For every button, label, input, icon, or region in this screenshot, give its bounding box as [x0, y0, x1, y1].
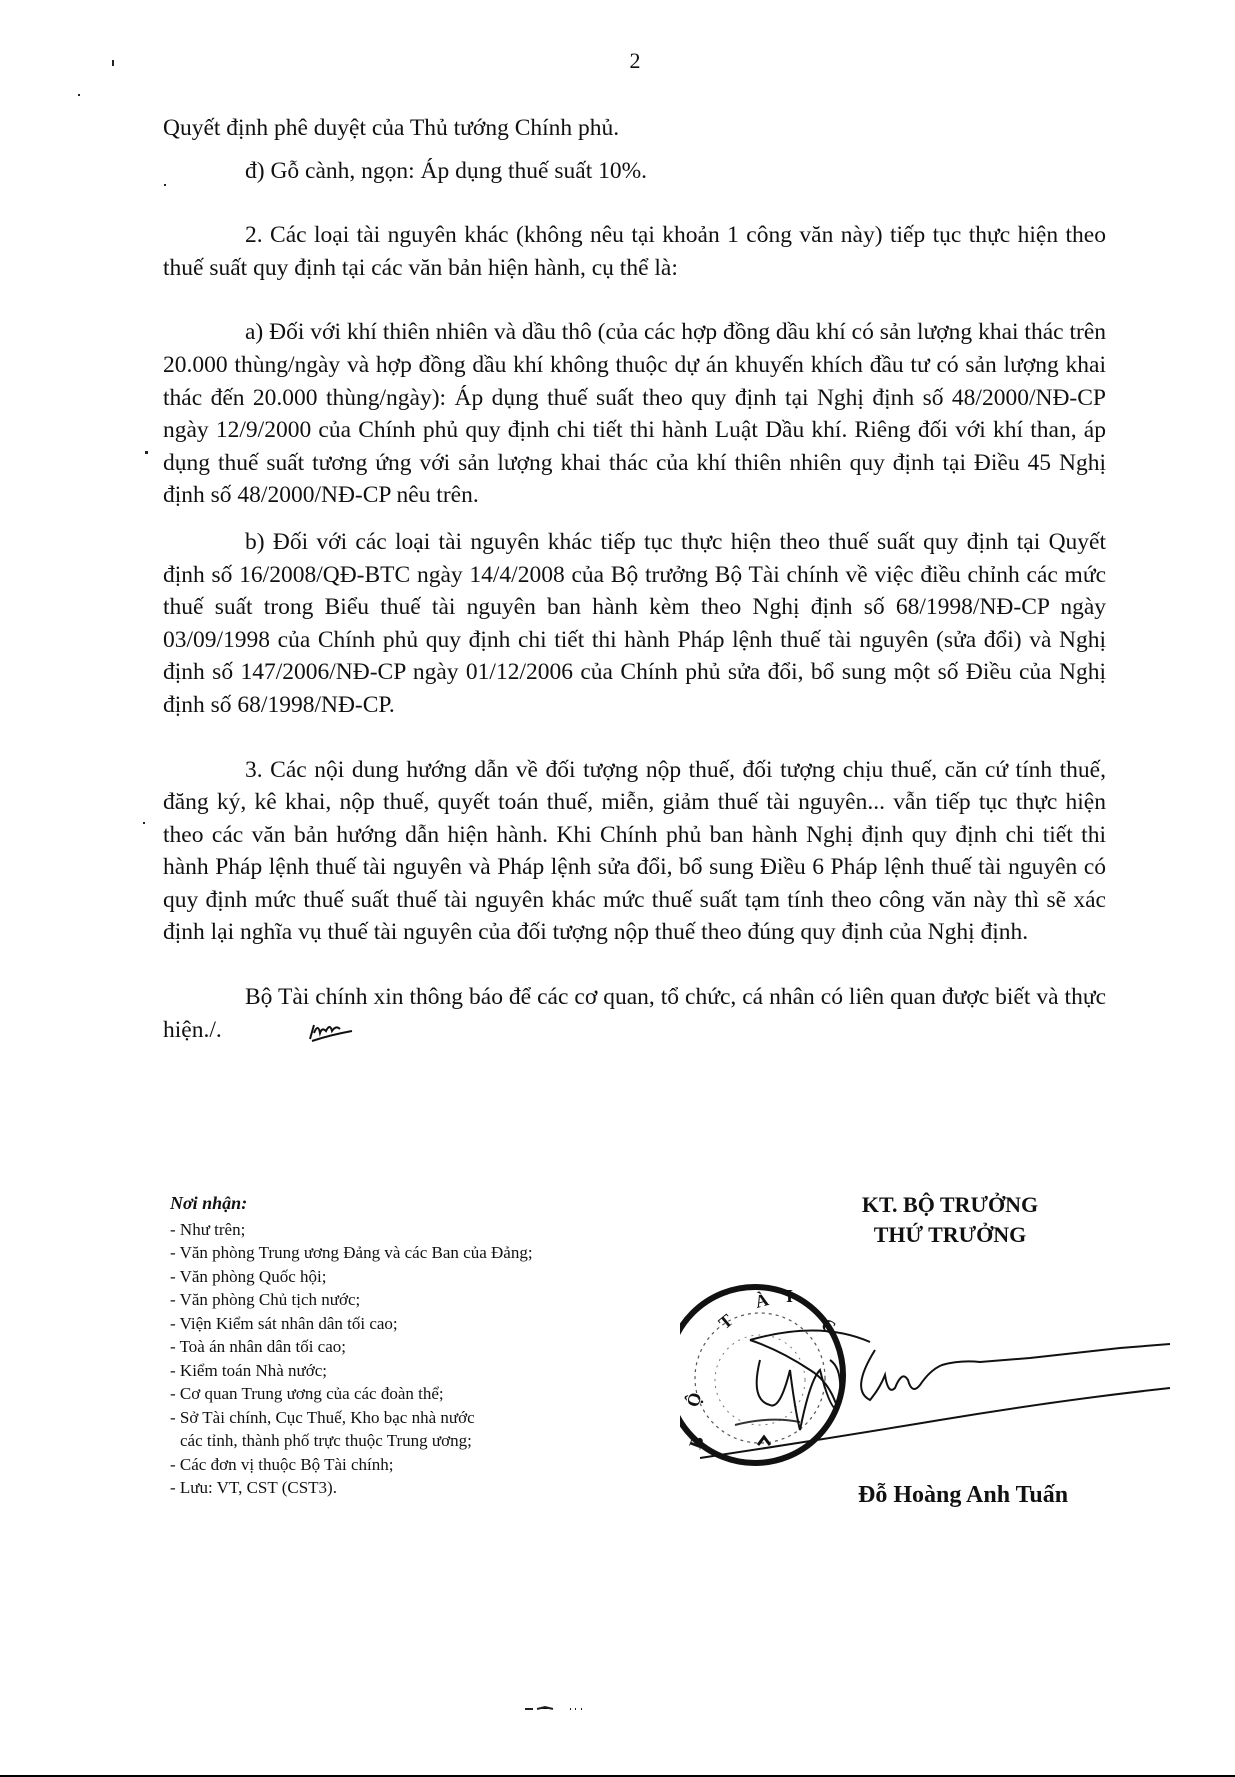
paragraph-section-3: 3. Các nội dung hướng dẫn về đối tượng n… — [163, 754, 1106, 950]
paragraph-item-d: đ) Gỗ cành, ngọn: Áp dụng thuế suất 10%. — [163, 155, 1106, 188]
recipient-item: - Văn phòng Chủ tịch nước; — [170, 1288, 533, 1312]
recipient-item: - Lưu: VT, CST (CST3). — [170, 1476, 533, 1500]
recipient-item: - Văn phòng Trung ương Đảng và các Ban c… — [170, 1241, 533, 1265]
recipient-item: - Viện Kiểm sát nhân dân tối cao; — [170, 1312, 533, 1336]
official-seal-icon: B Ộ T À I C — [680, 1270, 1180, 1485]
recipients-list: Nơi nhận: - Như trên; - Văn phòng Trung … — [170, 1192, 533, 1500]
scan-mark — [525, 1700, 605, 1718]
recipient-item: - Các đơn vị thuộc Bộ Tài chính; — [170, 1453, 533, 1477]
document-body: Quyết định phê duyệt của Thủ tướng Chính… — [163, 112, 1106, 1052]
svg-text:B: B — [685, 1433, 708, 1451]
svg-text:À: À — [753, 1288, 771, 1312]
signer-authority: KT. BỘ TRƯỞNG — [760, 1190, 1140, 1220]
paragraph-continuation: Quyết định phê duyệt của Thủ tướng Chính… — [163, 112, 1106, 145]
paragraph-item-b: b) Đối với các loại tài nguyên khác tiếp… — [163, 526, 1106, 722]
scan-mark — [145, 451, 148, 454]
initials-signature-icon — [224, 1019, 354, 1053]
scan-mark — [143, 822, 145, 824]
paragraph-closing: Bộ Tài chính xin thông báo để các cơ qua… — [163, 981, 1106, 1052]
recipients-heading: Nơi nhận: — [170, 1192, 533, 1216]
signature-title-block: KT. BỘ TRƯỞNG THỨ TRƯỞNG — [760, 1190, 1140, 1250]
paragraph-section-2: 2. Các loại tài nguyên khác (không nêu t… — [163, 219, 1106, 284]
page-number: 2 — [0, 48, 1235, 74]
recipient-item: - Kiểm toán Nhà nước; — [170, 1359, 533, 1383]
svg-text:Ộ: Ộ — [682, 1390, 706, 1409]
recipient-item-continuation: các tỉnh, thành phố trực thuộc Trung ươn… — [170, 1429, 533, 1453]
recipient-item: - Toà án nhân dân tối cao; — [170, 1335, 533, 1359]
signer-position: THỨ TRƯỞNG — [760, 1220, 1140, 1250]
paragraph-item-a: a) Đối với khí thiên nhiên và dầu thô (c… — [163, 316, 1106, 512]
recipient-item: - Như trên; — [170, 1218, 533, 1242]
recipient-item: - Cơ quan Trung ương của các đoàn thể; — [170, 1382, 533, 1406]
signer-name: Đỗ Hoàng Anh Tuấn — [858, 1482, 1068, 1509]
recipient-item: - Sở Tài chính, Cục Thuế, Kho bạc nhà nư… — [170, 1406, 533, 1430]
recipient-item: - Văn phòng Quốc hội; — [170, 1265, 533, 1289]
scan-mark — [78, 94, 80, 96]
svg-text:T: T — [715, 1310, 737, 1333]
svg-text:I: I — [786, 1286, 793, 1306]
